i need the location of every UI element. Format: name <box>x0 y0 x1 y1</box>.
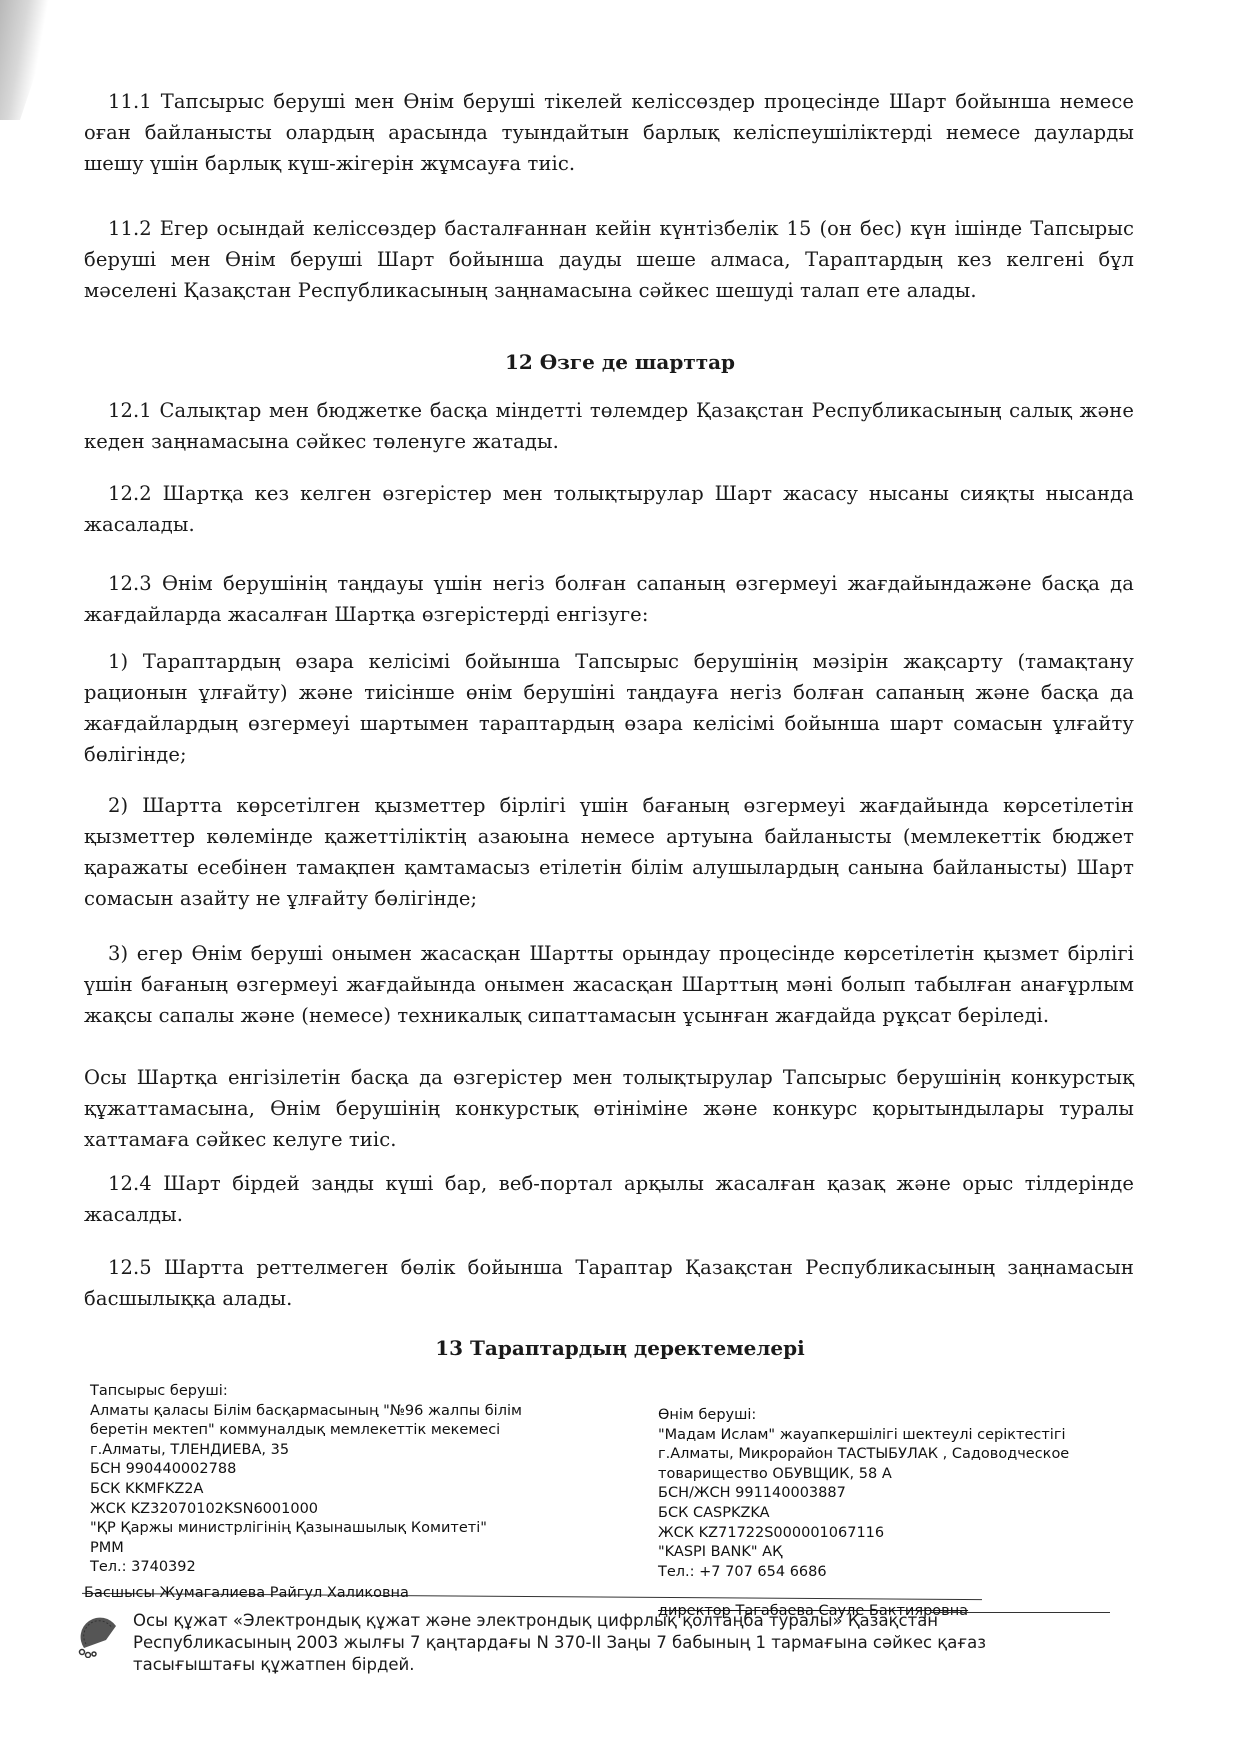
customer-signer-name: Басшысы Жумагалиева Райгул Халиковна <box>84 1584 409 1604</box>
clause-12-3: 12.3 Өнім берушінің таңдауы үшін негіз б… <box>84 568 1134 630</box>
item-3-text: 3) егер Өнім беруші онымен жасасқан Шарт… <box>84 942 1134 1027</box>
supplier-requisite-line: Өнім беруші: <box>658 1406 1069 1426</box>
other-changes-text: Осы Шартқа енгізілетін басқа да өзгеріст… <box>84 1066 1134 1151</box>
item-1-text: 1) Тараптардың өзара келісімі бойынша Та… <box>84 650 1134 766</box>
customer-requisite-line: РММ <box>90 1539 522 1559</box>
clause-12-2-text: 12.2 Шартқа кез келген өзгерістер мен то… <box>84 482 1134 536</box>
clause-12-4: 12.4 Шарт бірдей заңды күші бар, веб-пор… <box>84 1168 1134 1230</box>
customer-requisite-line: "ҚР Қаржы министрлігінің Қазынашылық Ком… <box>90 1519 522 1539</box>
clause-11-1: 11.1 Тапсырыс беруші мен Өнім беруші тік… <box>84 86 1134 179</box>
customer-requisite-line: БСН 990440002788 <box>90 1460 522 1480</box>
clause-11-2-text: 11.2 Егер осындай келіссөздер басталғанн… <box>84 217 1134 302</box>
clause-12-3-text: 12.3 Өнім берушінің таңдауы үшін негіз б… <box>84 572 1134 626</box>
clause-12-1-text: 12.1 Салықтар мен бюджетке басқа міндетт… <box>84 399 1134 453</box>
clause-12-5: 12.5 Шартта реттелмеген бөлік бойынша Та… <box>84 1252 1134 1314</box>
customer-requisite-line: Тел.: 3740392 <box>90 1558 522 1578</box>
clause-11-2: 11.2 Егер осындай келіссөздер басталғанн… <box>84 213 1134 306</box>
e-signature-note: Осы құжат «Электрондық құжат және электр… <box>133 1610 1033 1676</box>
item-2-text: 2) Шартта көрсетілген қызметтер бірлігі … <box>84 794 1134 910</box>
supplier-requisite-line: товарищество ОБУВЩИК, 58 А <box>658 1465 1069 1485</box>
customer-requisite-line: Тапсырыс беруші: <box>90 1382 522 1402</box>
seal-icon <box>76 1614 120 1658</box>
customer-requisite-line: беретін мектеп" коммуналдық мемлекеттік … <box>90 1421 522 1441</box>
customer-requisite-line: БСК KKMFKZ2A <box>90 1480 522 1500</box>
supplier-requisites: Өнім беруші:"Мадам Ислам" жауапкершілігі… <box>658 1406 1069 1582</box>
clause-12-3-item-1: 1) Тараптардың өзара келісімі бойынша Та… <box>84 646 1134 770</box>
clause-12-2: 12.2 Шартқа кез келген өзгерістер мен то… <box>84 478 1134 540</box>
clause-12-4-text: 12.4 Шарт бірдей заңды күші бар, веб-пор… <box>84 1172 1134 1226</box>
other-changes-paragraph: Осы Шартқа енгізілетін басқа да өзгеріст… <box>84 1062 1134 1155</box>
clause-12-3-item-2: 2) Шартта көрсетілген қызметтер бірлігі … <box>84 790 1134 914</box>
customer-requisite-line: Алматы қаласы Білім басқармасының "№96 ж… <box>90 1402 522 1422</box>
clause-12-3-item-3: 3) егер Өнім беруші онымен жасасқан Шарт… <box>84 938 1134 1031</box>
customer-requisites: Тапсырыс беруші:Алматы қаласы Білім басқ… <box>90 1382 522 1578</box>
supplier-requisite-line: БСН/ЖСН 991140003887 <box>658 1484 1069 1504</box>
e-signature-note-line: тасығыштағы құжатпен бірдей. <box>133 1654 1033 1676</box>
supplier-requisite-line: Тел.: +7 707 654 6686 <box>658 1563 1069 1583</box>
supplier-requisite-line: г.Алматы, Микрорайон ТАСТЫБУЛАК , Садово… <box>658 1445 1069 1465</box>
document-page: 11.1 Тапсырыс беруші мен Өнім беруші тік… <box>0 0 1240 1755</box>
e-signature-note-line: Республикасының 2003 жылғы 7 қаңтардағы … <box>133 1632 1033 1654</box>
supplier-requisite-line: ЖСК KZ71722S000001067116 <box>658 1524 1069 1544</box>
customer-signer: Басшысы Жумагалиева Райгул Халиковна <box>84 1584 409 1604</box>
supplier-requisite-line: "KASPI BANK" АҚ <box>658 1543 1069 1563</box>
supplier-requisite-line: "Мадам Ислам" жауапкершілігі шектеулі се… <box>658 1426 1069 1446</box>
section-13-heading: 13 Тараптардың деректемелері <box>0 1336 1240 1360</box>
clause-11-1-text: 11.1 Тапсырыс беруші мен Өнім беруші тік… <box>84 90 1134 175</box>
e-signature-note-line: Осы құжат «Электрондық құжат және электр… <box>133 1610 1033 1632</box>
supplier-requisite-line: БСК CASPKZKA <box>658 1504 1069 1524</box>
clause-12-5-text: 12.5 Шартта реттелмеген бөлік бойынша Та… <box>84 1256 1134 1310</box>
customer-requisite-line: г.Алматы, ТЛЕНДИЕВА, 35 <box>90 1441 522 1461</box>
clause-12-1: 12.1 Салықтар мен бюджетке басқа міндетт… <box>84 395 1134 457</box>
customer-requisite-line: ЖСК KZ32070102KSN6001000 <box>90 1500 522 1520</box>
section-12-heading: 12 Өзге де шарттар <box>0 350 1240 374</box>
